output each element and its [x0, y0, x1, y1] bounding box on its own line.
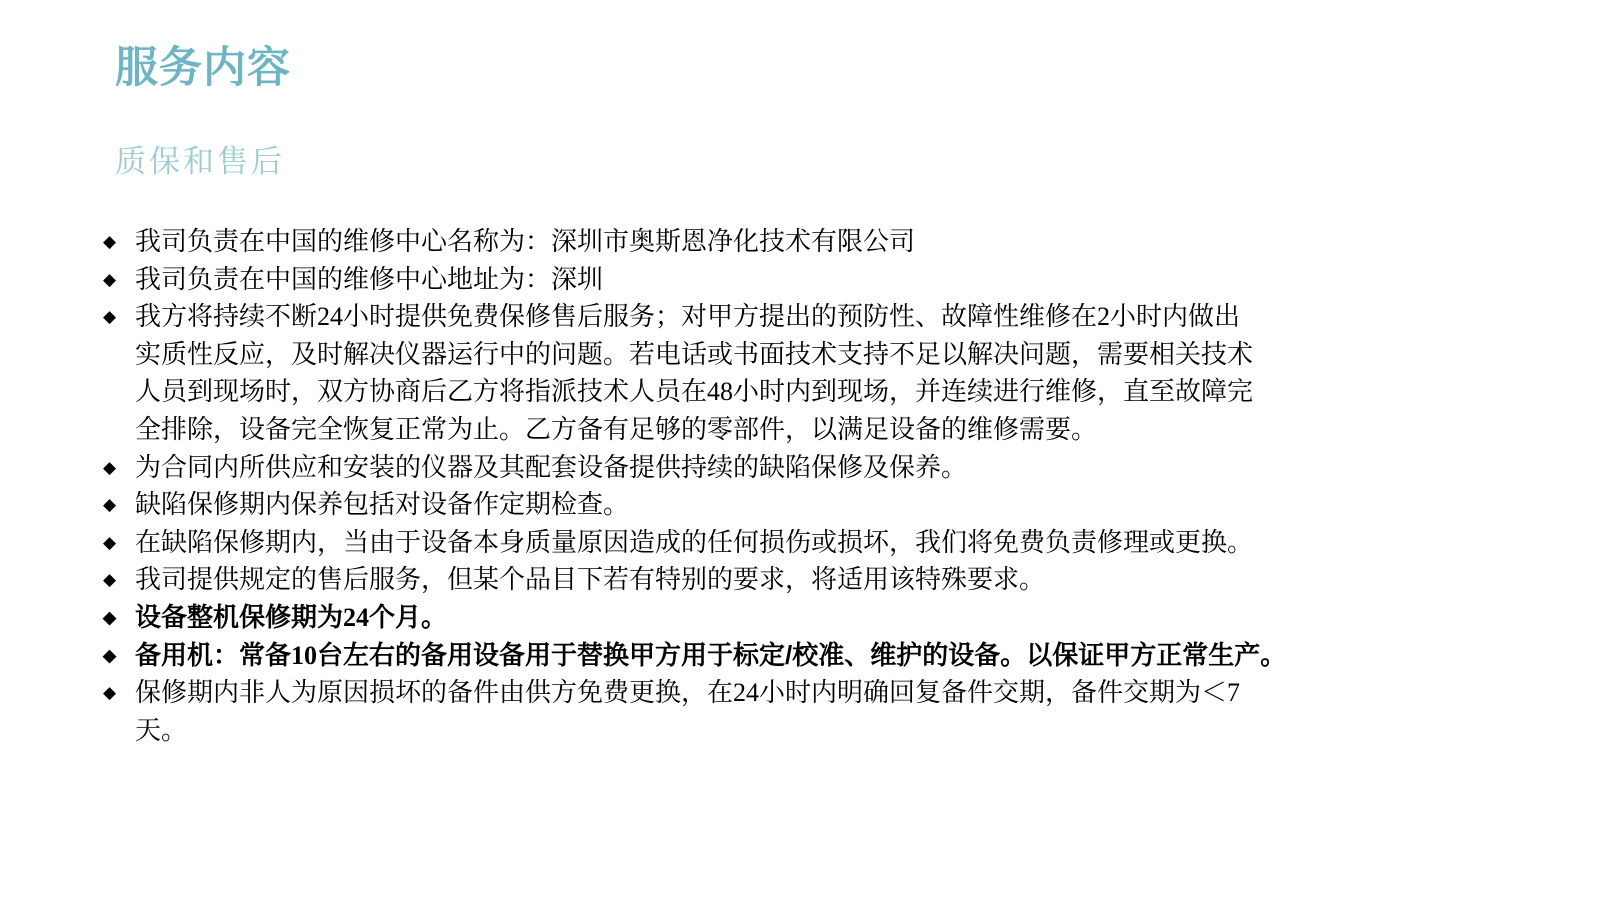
bullet-item: ◆设备整机保修期为24个月。 [103, 599, 1403, 637]
bullet-text: 我司负责在中国的维修中心地址为：深圳 [135, 264, 603, 294]
bullet-list: ◆我司负责在中国的维修中心名称为：深圳市奥斯恩净化技术有限公司◆我司负责在中国的… [103, 223, 1403, 749]
page-subtitle: 质保和售后 [115, 143, 285, 180]
diamond-bullet-icon: ◆ [103, 449, 127, 487]
diamond-bullet-icon: ◆ [103, 524, 127, 562]
bullet-item: ◆备用机：常备10台左右的备用设备用于替换甲方用于标定/校准、维护的设备。以保证… [103, 637, 1403, 675]
bullet-text: 我方将持续不断24小时提供免费保修售后服务；对甲方提出的预防性、故障性维修在2小… [135, 301, 1240, 331]
bullet-text: 天。 [135, 715, 187, 745]
bullet-item-continuation: 人员到现场时，双方协商后乙方将指派技术人员在48小时内到现场，并连续进行维修，直… [103, 373, 1403, 411]
diamond-bullet-icon: ◆ [103, 599, 127, 637]
bullet-text: 实质性反应，及时解决仪器运行中的问题。若电话或书面技术支持不足以解决问题，需要相… [135, 339, 1253, 369]
bullet-text: 我司提供规定的售后服务，但某个品目下若有特别的要求，将适用该特殊要求。 [135, 564, 1045, 594]
diamond-bullet-icon: ◆ [103, 261, 127, 299]
slide: 服务内容 质保和售后 ◆我司负责在中国的维修中心名称为：深圳市奥斯恩净化技术有限… [0, 0, 1600, 900]
bullet-text: 备用机：常备10台左右的备用设备用于替换甲方用于标定/校准、维护的设备。以保证甲… [135, 640, 1286, 670]
bullet-item-continuation: 实质性反应，及时解决仪器运行中的问题。若电话或书面技术支持不足以解决问题，需要相… [103, 336, 1403, 374]
bullet-text: 保修期内非人为原因损坏的备件由供方免费更换，在24小时内明确回复备件交期，备件交… [135, 677, 1240, 707]
bullet-text: 人员到现场时，双方协商后乙方将指派技术人员在48小时内到现场，并连续进行维修，直… [135, 376, 1253, 406]
diamond-bullet-icon: ◆ [103, 561, 127, 599]
bullet-text: 我司负责在中国的维修中心名称为：深圳市奥斯恩净化技术有限公司 [135, 226, 915, 256]
bullet-item: ◆我司负责在中国的维修中心名称为：深圳市奥斯恩净化技术有限公司 [103, 223, 1403, 261]
bullet-text: 在缺陷保修期内，当由于设备本身质量原因造成的任何损伤或损坏，我们将免费负责修理或… [135, 527, 1253, 557]
diamond-bullet-icon: ◆ [103, 223, 127, 261]
page-title: 服务内容 [115, 44, 291, 93]
bullet-item: ◆我方将持续不断24小时提供免费保修售后服务；对甲方提出的预防性、故障性维修在2… [103, 298, 1403, 336]
bullet-item: ◆缺陷保修期内保养包括对设备作定期检查。 [103, 486, 1403, 524]
bullet-item: ◆保修期内非人为原因损坏的备件由供方免费更换，在24小时内明确回复备件交期，备件… [103, 674, 1403, 712]
diamond-bullet-icon: ◆ [103, 298, 127, 336]
bullet-text: 缺陷保修期内保养包括对设备作定期检查。 [135, 489, 629, 519]
diamond-bullet-icon: ◆ [103, 674, 127, 712]
bullet-text: 设备整机保修期为24个月。 [135, 602, 447, 632]
bullet-item-continuation: 全排除，设备完全恢复正常为止。乙方备有足够的零部件，以满足设备的维修需要。 [103, 411, 1403, 449]
bullet-text: 全排除，设备完全恢复正常为止。乙方备有足够的零部件，以满足设备的维修需要。 [135, 414, 1097, 444]
bullet-item: ◆我司提供规定的售后服务，但某个品目下若有特别的要求，将适用该特殊要求。 [103, 561, 1403, 599]
bullet-item: ◆为合同内所供应和安装的仪器及其配套设备提供持续的缺陷保修及保养。 [103, 449, 1403, 487]
bullet-text: 为合同内所供应和安装的仪器及其配套设备提供持续的缺陷保修及保养。 [135, 452, 967, 482]
diamond-bullet-icon: ◆ [103, 637, 127, 675]
bullet-item: ◆我司负责在中国的维修中心地址为：深圳 [103, 261, 1403, 299]
bullet-item-continuation: 天。 [103, 712, 1403, 750]
diamond-bullet-icon: ◆ [103, 486, 127, 524]
bullet-item: ◆在缺陷保修期内，当由于设备本身质量原因造成的任何损伤或损坏，我们将免费负责修理… [103, 524, 1403, 562]
